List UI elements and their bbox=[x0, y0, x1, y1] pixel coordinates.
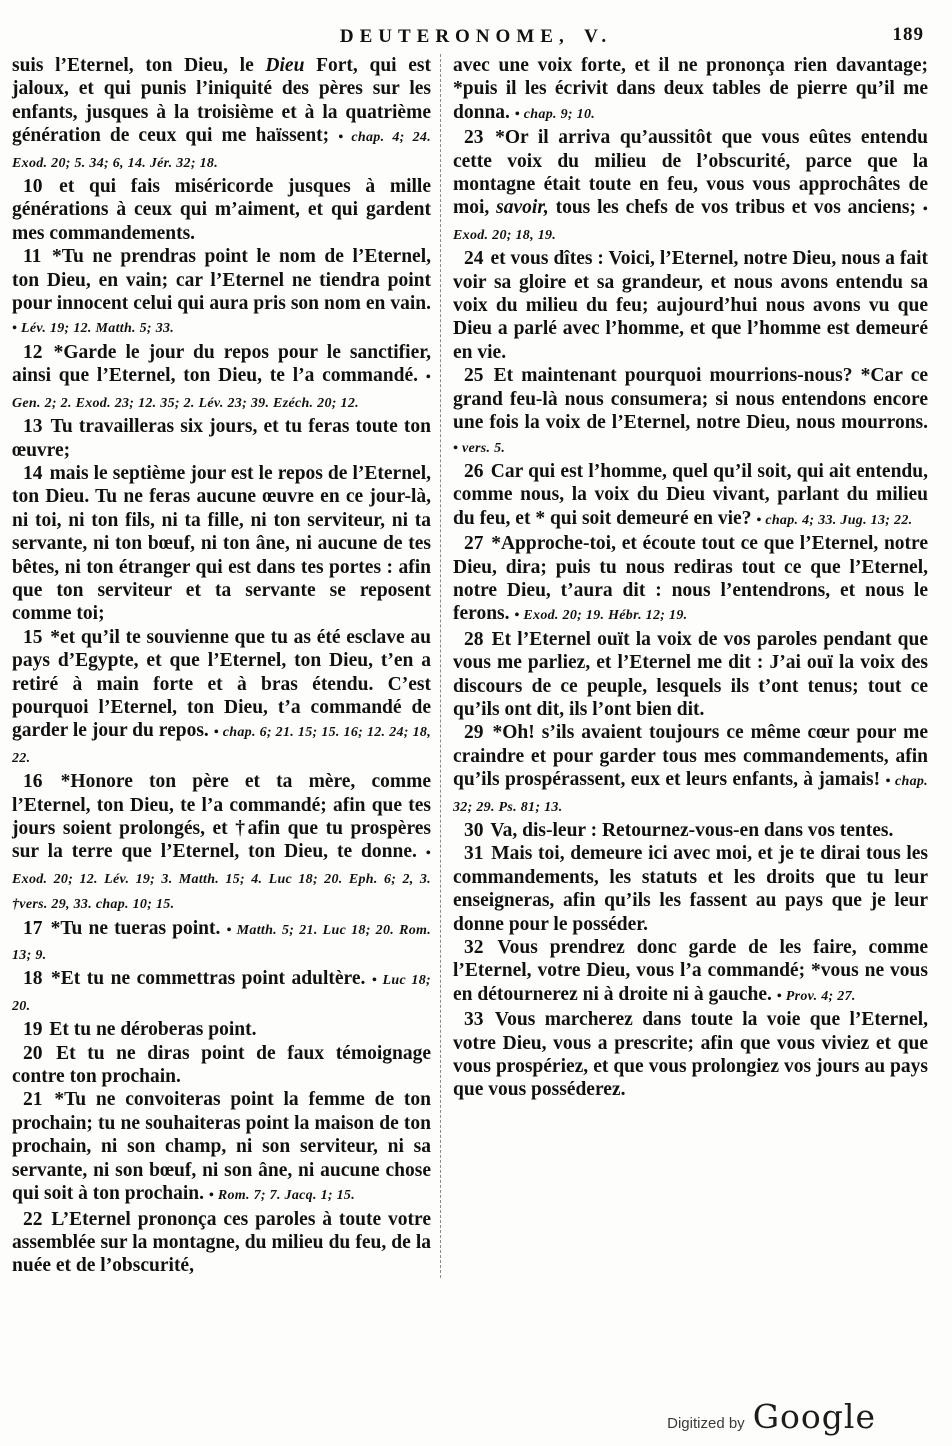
left-text-column: suis l’Eternel, ton Dieu, le Dieu Fort, … bbox=[12, 54, 440, 1278]
verse-paragraph: 19 Et tu ne déroberas point. bbox=[12, 1018, 431, 1041]
page-header: DEUTERONOME, V. 189 bbox=[0, 0, 952, 46]
verse-paragraph: 13 Tu travailleras six jours, et tu fera… bbox=[12, 415, 431, 462]
page-footer: Digitized by Google bbox=[667, 1397, 876, 1436]
scanned-book-page: DEUTERONOME, V. 189 suis l’Eternel, ton … bbox=[0, 0, 952, 1446]
verse-paragraph: 11 *Tu ne prendras point le nom de l’Ete… bbox=[12, 245, 431, 341]
verse-text: *Tu ne prendras point le nom de l’Eterne… bbox=[12, 246, 431, 314]
verse-paragraph: 17 *Tu ne tueras point. • Matth. 5; 21. … bbox=[12, 917, 431, 968]
verse-text: Et tu ne diras point de faux témoignage … bbox=[12, 1043, 431, 1087]
verse-text: *Garde le jour du repos pour le sanctifi… bbox=[12, 342, 431, 386]
verse-paragraph: 33 Vous marcherez dans toute la voie que… bbox=[453, 1008, 928, 1102]
google-wordmark: Google bbox=[753, 1397, 876, 1436]
verse-paragraph: 18 *Et tu ne commettras point adultère. … bbox=[12, 967, 431, 1018]
verse-paragraph: 21 *Tu ne convoiteras point la femme de … bbox=[12, 1088, 431, 1207]
verse-text: Va, dis-leur : Retournez-vous-en dans vo… bbox=[490, 820, 893, 841]
verse-text: *Tu ne tueras point. bbox=[51, 918, 227, 939]
verse-number: 31 bbox=[464, 843, 491, 864]
verse-text: Vous marcherez dans toute la voie que l’… bbox=[453, 1009, 928, 1100]
verse-paragraph: 29 *Oh! s’ils avaient toujours ce même c… bbox=[453, 721, 928, 819]
verse-paragraph: 30 Va, dis-leur : Retournez-vous-en dans… bbox=[453, 819, 928, 842]
verse-number: 25 bbox=[464, 365, 494, 386]
reference-citation: • vers. 5. bbox=[453, 441, 505, 456]
verse-paragraph: avec une voix forte, et il ne prononça r… bbox=[453, 54, 928, 126]
page-title: DEUTERONOME, V. bbox=[0, 26, 952, 48]
reference-citation: • Rom. 7; 7. Jacq. 1; 15. bbox=[209, 1188, 355, 1203]
verse-number: 20 bbox=[23, 1043, 56, 1064]
verse-number: 30 bbox=[464, 820, 490, 841]
digitized-by-label: Digitized by bbox=[667, 1415, 745, 1432]
verse-number: 27 bbox=[464, 533, 491, 554]
verse-text: *Et tu ne commettras point adultère. bbox=[51, 968, 372, 989]
verse-paragraph: 28 Et l’Eternel ouït la voix de vos paro… bbox=[453, 628, 928, 722]
verse-number: 32 bbox=[464, 937, 497, 958]
verse-number: 14 bbox=[23, 463, 50, 484]
verse-number: 16 bbox=[23, 771, 61, 792]
verse-text: L’Eternel prononça ces paroles à toute v… bbox=[12, 1209, 431, 1277]
verse-number: 26 bbox=[464, 461, 491, 482]
verse-paragraph: 27 *Approche-toi, et écoute tout ce que … bbox=[453, 532, 928, 628]
verse-paragraph: suis l’Eternel, ton Dieu, le Dieu Fort, … bbox=[12, 54, 431, 175]
verse-paragraph: 24 et vous dîtes : Voici, l’Eternel, not… bbox=[453, 247, 928, 364]
verse-text: savoir, bbox=[496, 197, 549, 218]
page-number: 189 bbox=[893, 24, 925, 46]
reference-citation: • Exod. 20; 19. Hébr. 12; 19. bbox=[514, 608, 687, 623]
reference-citation: • chap. 4; 33. Jug. 13; 22. bbox=[756, 513, 912, 528]
verse-text: Mais toi, demeure ici avec moi, et je te… bbox=[453, 843, 928, 934]
verse-text: Et tu ne déroberas point. bbox=[49, 1019, 256, 1040]
verse-paragraph: 32 Vous prendrez donc garde de les faire… bbox=[453, 936, 928, 1008]
verse-number: 18 bbox=[23, 968, 51, 989]
verse-text: *Oh! s’ils avaient toujours ce même cœur… bbox=[453, 722, 928, 790]
verse-text: et vous dîtes : Voici, l’Eternel, notre … bbox=[453, 248, 928, 363]
verse-paragraph: 15 *et qu’il te souvienne que tu as été … bbox=[12, 626, 431, 770]
verse-number: 17 bbox=[23, 918, 51, 939]
verse-text: Tu travailleras six jours, et tu feras t… bbox=[12, 416, 431, 460]
verse-paragraph: 16 *Honore ton père et ta mère, comme l’… bbox=[12, 770, 431, 916]
reference-citation: • chap. 9; 10. bbox=[515, 107, 595, 122]
verse-number: 33 bbox=[464, 1009, 495, 1030]
verse-text: Et maintenant pourquoi mourrions-nous? *… bbox=[453, 365, 928, 433]
verse-text: mais le septième jour est le repos de l’… bbox=[12, 463, 431, 624]
verse-number: 21 bbox=[23, 1089, 54, 1110]
verse-paragraph: 26 Car qui est l’homme, quel qu’il soit,… bbox=[453, 460, 928, 532]
verse-number: 10 bbox=[23, 176, 59, 197]
verse-paragraph: 10 et qui fais miséricorde jusques à mil… bbox=[12, 175, 431, 245]
verse-number: 15 bbox=[23, 627, 50, 648]
verse-number: 23 bbox=[464, 127, 495, 148]
verse-paragraph: 23 *Or il arriva qu’aussitôt que vous eû… bbox=[453, 126, 928, 247]
reference-citation: • Prov. 4; 27. bbox=[777, 989, 856, 1004]
verse-paragraph: 31 Mais toi, demeure ici avec moi, et je… bbox=[453, 842, 928, 936]
verse-paragraph: 12 *Garde le jour du repos pour le sanct… bbox=[12, 341, 431, 415]
verse-text: Vous prendrez donc garde de les faire, c… bbox=[453, 937, 928, 1005]
verse-number: 28 bbox=[464, 629, 492, 650]
verse-paragraph: 25 Et maintenant pourquoi mourrions-nous… bbox=[453, 364, 928, 460]
verse-text: Et l’Eternel ouït la voix de vos paroles… bbox=[453, 629, 928, 720]
right-text-column: avec une voix forte, et il ne prononça r… bbox=[440, 54, 934, 1278]
verse-text: suis l’Eternel, ton Dieu, le bbox=[12, 55, 265, 76]
verse-paragraph: 22 L’Eternel prononça ces paroles à tout… bbox=[12, 1208, 431, 1278]
two-column-text-block: suis l’Eternel, ton Dieu, le Dieu Fort, … bbox=[0, 46, 952, 1278]
verse-number: 13 bbox=[23, 416, 51, 437]
verse-text: Dieu bbox=[265, 55, 304, 76]
verse-text: tous les chefs de vos tribus et vos anci… bbox=[549, 197, 923, 218]
verse-text: *Honore ton père et ta mère, comme l’Ete… bbox=[12, 771, 431, 862]
verse-number: 11 bbox=[23, 246, 52, 267]
verse-text: *Tu ne convoiteras point la femme de ton… bbox=[12, 1089, 431, 1204]
reference-citation: • Lév. 19; 12. Matth. 5; 33. bbox=[12, 321, 174, 336]
verse-text: et qui fais miséricorde jusques à mille … bbox=[12, 176, 431, 244]
verse-paragraph: 14 mais le septième jour est le repos de… bbox=[12, 462, 431, 626]
verse-number: 19 bbox=[23, 1019, 49, 1040]
verse-number: 29 bbox=[464, 722, 493, 743]
verse-number: 12 bbox=[23, 342, 54, 363]
verse-number: 24 bbox=[464, 248, 490, 269]
verse-paragraph: 20 Et tu ne diras point de faux témoigna… bbox=[12, 1042, 431, 1089]
verse-number: 22 bbox=[23, 1209, 51, 1230]
